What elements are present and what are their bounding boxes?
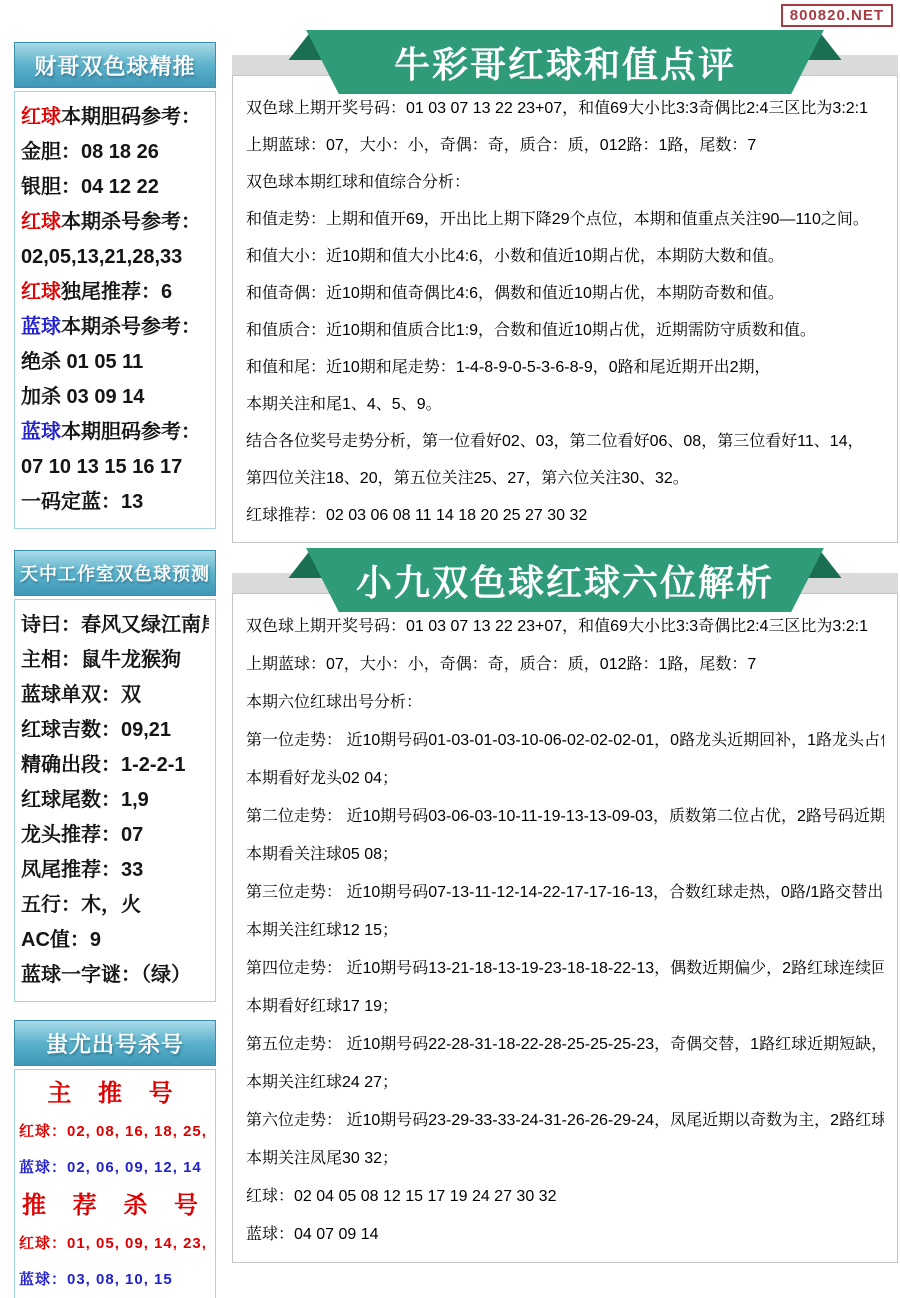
panel-niucaige: 牛彩哥红球和值点评 双色球上期开奖号码：01 03 07 13 22 23+07… — [232, 30, 898, 543]
line-rest: 加杀 03 09 14 — [21, 386, 144, 408]
line-rest: 本期杀号参考： — [61, 211, 201, 233]
analysis-line: 和值走势：上期和值开69，开出比上期下降29个点位，本期和值重点关注90—110… — [246, 201, 884, 238]
caige-line: 一码定蓝：13 — [21, 485, 209, 520]
line-head: 红球 — [21, 281, 61, 303]
caige-line: 加杀 03 09 14 — [21, 380, 209, 415]
panel-niucaige-body: 双色球上期开奖号码：01 03 07 13 22 23+07，和值69大小比3:… — [232, 75, 898, 543]
chiyou-main-heading: 主 推 号 — [19, 1074, 211, 1114]
panel-xiaojiu: 小九双色球红球六位解析 双色球上期开奖号码：01 03 07 13 22 23+… — [232, 548, 898, 1263]
analysis-line: 和值奇偶：近10期和值奇偶比4:6，偶数和值近10期占优，本期防奇数和值。 — [246, 275, 884, 312]
tianzhong-line: 蓝球一字谜：（绿） — [21, 958, 209, 993]
panel-xiaojiu-banner: 小九双色球红球六位解析 — [293, 548, 838, 612]
analysis-line: 本期关注和尾1、4、5、9。 — [246, 386, 884, 423]
tianzhong-line: 诗曰：春风又绿江南岸 — [21, 608, 209, 643]
caige-line: 02,05,13,21,28,33 — [21, 240, 209, 275]
panel-chiyou: 蚩尤出号杀号 主 推 号 红球：02, 08, 16, 18, 25, 29 蓝… — [14, 1020, 216, 1298]
caige-line: 蓝球本期杀号参考： — [21, 310, 209, 345]
analysis-line: 本期六位红球出号分析： — [246, 684, 884, 722]
line-rest: 金胆：08 18 26 — [21, 141, 159, 163]
analysis-line: 本期关注红球12 15； — [246, 912, 884, 950]
panel-xiaojiu-title: 小九双色球红球六位解析 — [293, 548, 838, 612]
tianzhong-line: 五行：木，火 — [21, 888, 209, 923]
chiyou-main-red-line: 红球：02, 08, 16, 18, 25, 29 — [19, 1114, 211, 1150]
panel-tianzhong: 天中工作室双色球预测 诗曰：春风又绿江南岸 主相：鼠牛龙猴狗 蓝球单双：双 红球… — [14, 550, 216, 1002]
panel-chiyou-title: 蚩尤出号杀号 — [14, 1020, 216, 1066]
site-watermark-badge: 800820.NET — [781, 4, 893, 27]
panel-xiaojiu-body: 双色球上期开奖号码：01 03 07 13 22 23+07，和值69大小比3:… — [232, 593, 898, 1263]
analysis-line: 本期看好红球17 19； — [246, 988, 884, 1026]
panel-caige-title: 财哥双色球精推 — [14, 42, 216, 88]
analysis-line: 蓝球：04 07 09 14 — [246, 1216, 884, 1254]
analysis-line: 双色球上期开奖号码：01 03 07 13 22 23+07，和值69大小比3:… — [246, 608, 884, 646]
caige-line: 银胆：04 12 22 — [21, 170, 209, 205]
analysis-line: 和值和尾：近10期和尾走势：1-4-8-9-0-5-3-6-8-9，0路和尾近期… — [246, 349, 884, 386]
tianzhong-line: 龙头推荐：07 — [21, 818, 209, 853]
analysis-line: 红球：02 04 05 08 12 15 17 19 24 27 30 32 — [246, 1178, 884, 1216]
line-rest: 07 10 13 15 16 17 — [21, 456, 182, 478]
tianzhong-line: 红球尾数：1,9 — [21, 783, 209, 818]
panel-caige-body: 红球本期胆码参考： 金胆：08 18 26 银胆：04 12 22 红球本期杀号… — [14, 91, 216, 529]
line-head: 蓝球 — [21, 316, 61, 338]
tianzhong-line: 精确出段：1-2-2-1 — [21, 748, 209, 783]
tianzhong-line: AC值：9 — [21, 923, 209, 958]
analysis-line: 上期蓝球：07，大小：小，奇偶：奇，质合：质，012路：1路，尾数：7 — [246, 646, 884, 684]
chiyou-kill-blue-line: 蓝球：03, 08, 10, 15 — [19, 1262, 211, 1298]
analysis-line: 双色球上期开奖号码：01 03 07 13 22 23+07，和值69大小比3:… — [246, 90, 884, 127]
panel-chiyou-body: 主 推 号 红球：02, 08, 16, 18, 25, 29 蓝球：02, 0… — [14, 1069, 216, 1298]
panel-niucaige-banner: 牛彩哥红球和值点评 — [293, 30, 838, 94]
analysis-line: 和值大小：近10期和值大小比4:6，小数和值近10期占优，本期防大数和值。 — [246, 238, 884, 275]
line-rest: 本期杀号参考： — [61, 316, 201, 338]
line-rest: 一码定蓝：13 — [21, 491, 143, 513]
line-rest: 02,05,13,21,28,33 — [21, 246, 182, 268]
analysis-line: 第四位关注18、20，第五位关注25、27，第六位关注30、32。 — [246, 460, 884, 497]
analysis-line: 第一位走势： 近10期号码01-03-01-03-10-06-02-02-02-… — [246, 722, 884, 760]
line-rest: 银胆：04 12 22 — [21, 176, 159, 198]
caige-line: 07 10 13 15 16 17 — [21, 450, 209, 485]
chiyou-kill-heading: 推 荐 杀 号 — [19, 1186, 211, 1226]
line-rest: 绝杀 01 05 11 — [21, 351, 143, 373]
panel-tianzhong-body: 诗曰：春风又绿江南岸 主相：鼠牛龙猴狗 蓝球单双：双 红球吉数：09,21 精确… — [14, 599, 216, 1002]
chiyou-kill-red-line: 红球：01, 05, 09, 14, 23, 32 — [19, 1226, 211, 1262]
analysis-line: 第四位走势： 近10期号码13-21-18-13-19-23-18-18-22-… — [246, 950, 884, 988]
analysis-line: 红球推荐：02 03 06 08 11 14 18 20 25 27 30 32 — [246, 497, 884, 534]
analysis-line: 上期蓝球：07，大小：小，奇偶：奇，质合：质，012路：1路，尾数：7 — [246, 127, 884, 164]
line-rest: 独尾推荐：6 — [61, 281, 172, 303]
analysis-line: 第三位走势： 近10期号码07-13-11-12-14-22-17-17-16-… — [246, 874, 884, 912]
analysis-line: 本期看好龙头02 04； — [246, 760, 884, 798]
analysis-line: 和值质合：近10期和值质合比1:9，合数和值近10期占优，近期需防守质数和值。 — [246, 312, 884, 349]
analysis-line: 第五位走势： 近10期号码22-28-31-18-22-28-25-25-25-… — [246, 1026, 884, 1064]
analysis-line: 结合各位奖号走势分析，第一位看好02、03，第二位看好06、08，第三位看好11… — [246, 423, 884, 460]
caige-line: 红球本期胆码参考： — [21, 100, 209, 135]
analysis-line: 双色球本期红球和值综合分析： — [246, 164, 884, 201]
tianzhong-line: 凤尾推荐：33 — [21, 853, 209, 888]
analysis-line: 本期关注红球24 27； — [246, 1064, 884, 1102]
line-head: 蓝球 — [21, 421, 61, 443]
caige-line: 金胆：08 18 26 — [21, 135, 209, 170]
caige-line: 红球独尾推荐：6 — [21, 275, 209, 310]
analysis-line: 第六位走势： 近10期号码23-29-33-33-24-31-26-26-29-… — [246, 1102, 884, 1140]
analysis-line: 本期关注凤尾30 32； — [246, 1140, 884, 1178]
panel-caige: 财哥双色球精推 红球本期胆码参考： 金胆：08 18 26 银胆：04 12 2… — [14, 42, 216, 529]
line-rest: 本期胆码参考： — [61, 106, 201, 128]
line-head: 红球 — [21, 106, 61, 128]
caige-line: 绝杀 01 05 11 — [21, 345, 209, 380]
analysis-line: 本期看关注球05 08； — [246, 836, 884, 874]
caige-line: 蓝球本期胆码参考： — [21, 415, 209, 450]
chiyou-main-blue-line: 蓝球：02, 06, 09, 12, 14 — [19, 1150, 211, 1186]
tianzhong-line: 蓝球单双：双 — [21, 678, 209, 713]
line-head: 红球 — [21, 211, 61, 233]
analysis-line: 第二位走势： 近10期号码03-06-03-10-11-19-13-13-09-… — [246, 798, 884, 836]
caige-line: 红球本期杀号参考： — [21, 205, 209, 240]
tianzhong-line: 主相：鼠牛龙猴狗 — [21, 643, 209, 678]
line-rest: 本期胆码参考： — [61, 421, 201, 443]
panel-niucaige-title: 牛彩哥红球和值点评 — [293, 30, 838, 94]
tianzhong-line: 红球吉数：09,21 — [21, 713, 209, 748]
panel-tianzhong-title: 天中工作室双色球预测 — [14, 550, 216, 596]
